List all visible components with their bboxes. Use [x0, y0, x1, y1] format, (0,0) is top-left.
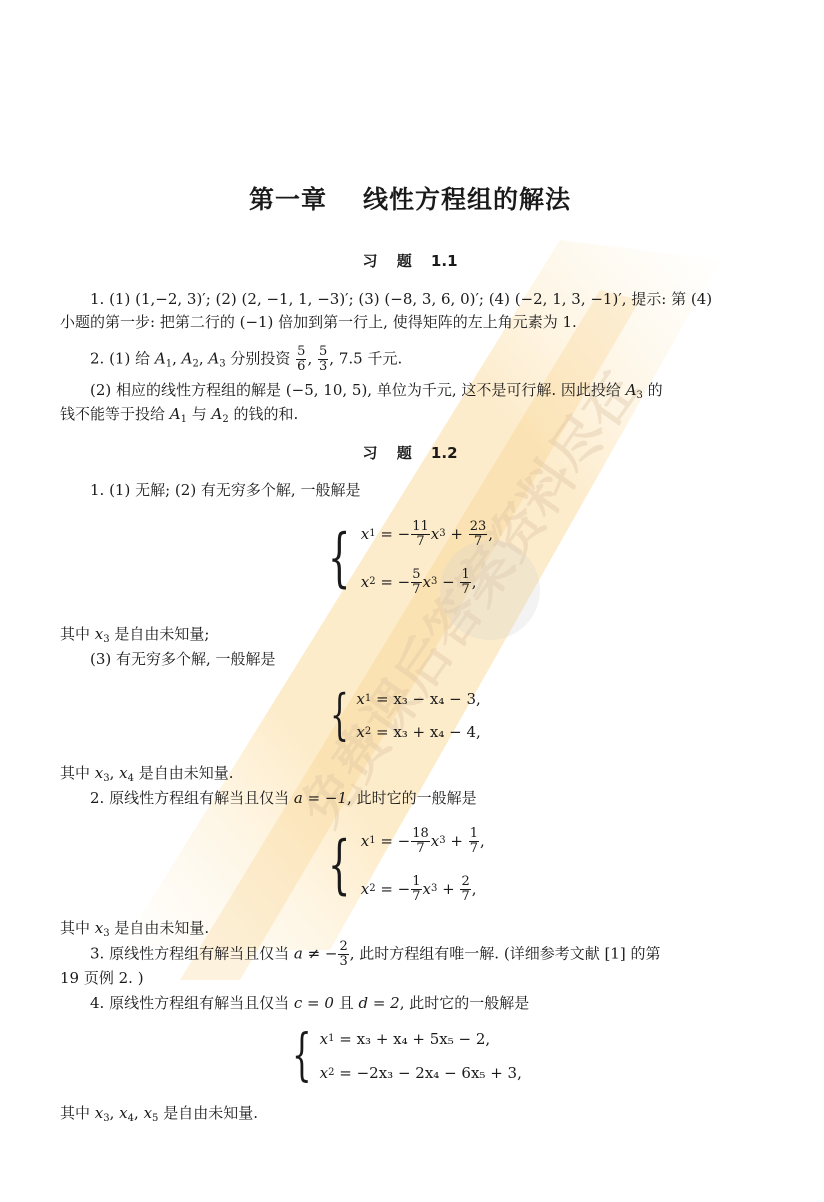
- equation: x1 = −187x3 + 17,: [361, 821, 485, 861]
- section-title-1-1: 习 题 1.1: [60, 250, 760, 271]
- equation-system-4: { x1 = x₃ + x₄ + 5x₅ − 2, x2 = −2x₃ − 2x…: [292, 1020, 522, 1092]
- fraction: 56: [296, 345, 306, 374]
- chapter-name: 线性方程组的解法: [363, 185, 571, 214]
- equation: x1 = x₃ − x₄ − 3,: [356, 684, 480, 714]
- section-title-1-2: 习 题 1.2: [60, 442, 760, 463]
- exercise-1-1-q2-part1: 2. (1) 给 A1, A2, A3 分别投资 56, 53, 7.5 千元.: [90, 345, 402, 374]
- exercise-1-2-q1-part3: (3) 有无穷多个解, 一般解是: [90, 649, 276, 669]
- exercise-1-2-q3-line1: 3. 原线性方程组有解当且仅当 a ≠ −23, 此时方程组有唯一解. (详细参…: [90, 940, 660, 969]
- left-brace: {: [292, 1020, 312, 1092]
- exercise-1-2-q1-free-vars-1: 其中 x3 是自由未知量;: [60, 624, 209, 644]
- exercise-1-1-q1-line1: 1. (1) (1,−2, 3)′; (2) (2, −1, 1, −3)′; …: [90, 289, 712, 309]
- exercise-1-2-q2-free-vars: 其中 x3 是自由未知量.: [60, 918, 209, 938]
- left-brace: {: [330, 680, 349, 750]
- fraction: 53: [318, 345, 328, 374]
- exercise-1-1-q2-part2-line2: 钱不能等于投给 A1 与 A2 的钱的和.: [60, 404, 298, 424]
- equation: x1 = −117x3 + 237,: [361, 514, 493, 554]
- equation: x2 = −2x₃ − 2x₄ − 6x₅ + 3,: [320, 1057, 522, 1089]
- exercise-1-2-q4-free-vars: 其中 x3, x4, x5 是自由未知量.: [60, 1103, 258, 1123]
- equation: x2 = x₃ + x₄ − 4,: [356, 717, 480, 747]
- exercise-1-2-q4-line1: 4. 原线性方程组有解当且仅当 c = 0 且 d = 2, 此时它的一般解是: [90, 993, 529, 1013]
- exercise-1-2-q1-free-vars-2: 其中 x3, x4 是自由未知量.: [60, 763, 234, 783]
- exercise-1-2-q1-line1: 1. (1) 无解; (2) 有无穷多个解, 一般解是: [90, 480, 360, 500]
- equation-system-1: { x1 = −117x3 + 237, x2 = −57x3 − 17,: [328, 508, 493, 608]
- equation-system-2: { x1 = x₃ − x₄ − 3, x2 = x₃ + x₄ − 4,: [330, 680, 481, 750]
- exercise-1-1-q2-part2-line1: (2) 相应的线性方程组的解是 (−5, 10, 5), 单位为千元, 这不是可…: [90, 380, 663, 400]
- equation: x2 = −17x3 + 27,: [361, 869, 485, 909]
- left-brace: {: [328, 815, 350, 915]
- equation: x2 = −57x3 − 17,: [361, 562, 493, 602]
- exercise-1-1-q1-line2: 小题的第一步: 把第二行的 (−1) 倍加到第一行上, 使得矩阵的左上角元素为 …: [60, 312, 577, 332]
- exercise-1-2-q2-line1: 2. 原线性方程组有解当且仅当 a = −1, 此时它的一般解是: [90, 788, 477, 808]
- left-brace: {: [328, 508, 350, 608]
- equation-system-3: { x1 = −187x3 + 17, x2 = −17x3 + 27,: [328, 815, 485, 915]
- chapter-title: 第一章线性方程组的解法: [60, 180, 760, 216]
- equation: x1 = x₃ + x₄ + 5x₅ − 2,: [320, 1023, 522, 1055]
- chapter-number: 第一章: [249, 185, 327, 214]
- exercise-1-2-q3-line2: 19 页例 2. ): [60, 968, 144, 988]
